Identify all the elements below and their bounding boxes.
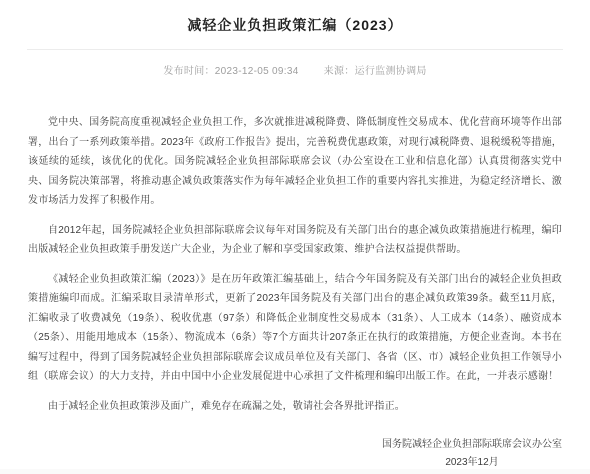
- body-paragraph: 党中央、国务院高度重视减轻企业负担工作，多次就推进减税降费、降低制度性交易成本、…: [28, 113, 562, 211]
- body-paragraph: 《减轻企业负担政策汇编（2023）》是在历年政策汇编基础上，结合今年国务院及有关…: [28, 270, 562, 387]
- meta-row: 发布时间：2023-12-05 09:34 来源：运行监测协调局: [0, 62, 590, 77]
- signature-block: 国务院减轻企业负担部际联席会议办公室 2023年12月: [28, 436, 562, 472]
- signature-org: 国务院减轻企业负担部际联席会议办公室: [382, 436, 562, 454]
- body-paragraph: 由于减轻企业负担政策涉及面广，难免存在疏漏之处，敬请社会各界批评指正。: [28, 397, 562, 417]
- title-divider: [27, 49, 563, 50]
- body-paragraph: 自2012年起，国务院减轻企业负担部际联席会议每年对国务院及有关部门出台的惠企减…: [28, 221, 562, 260]
- article-page: 减轻企业负担政策汇编（2023） 发布时间：2023-12-05 09:34 来…: [0, 0, 590, 469]
- page-title: 减轻企业负担政策汇编（2023）: [0, 0, 590, 35]
- source-label: 来源：运行监测协调局: [324, 66, 427, 77]
- signature-inner: 国务院减轻企业负担部际联席会议办公室 2023年12月: [382, 436, 562, 472]
- article-body: 党中央、国务院高度重视减轻企业负担工作，多次就推进减税降费、降低制度性交易成本、…: [28, 113, 562, 416]
- publish-time: 发布时间：2023-12-05 09:34: [163, 66, 298, 77]
- signature-date: 2023年12月: [382, 454, 562, 472]
